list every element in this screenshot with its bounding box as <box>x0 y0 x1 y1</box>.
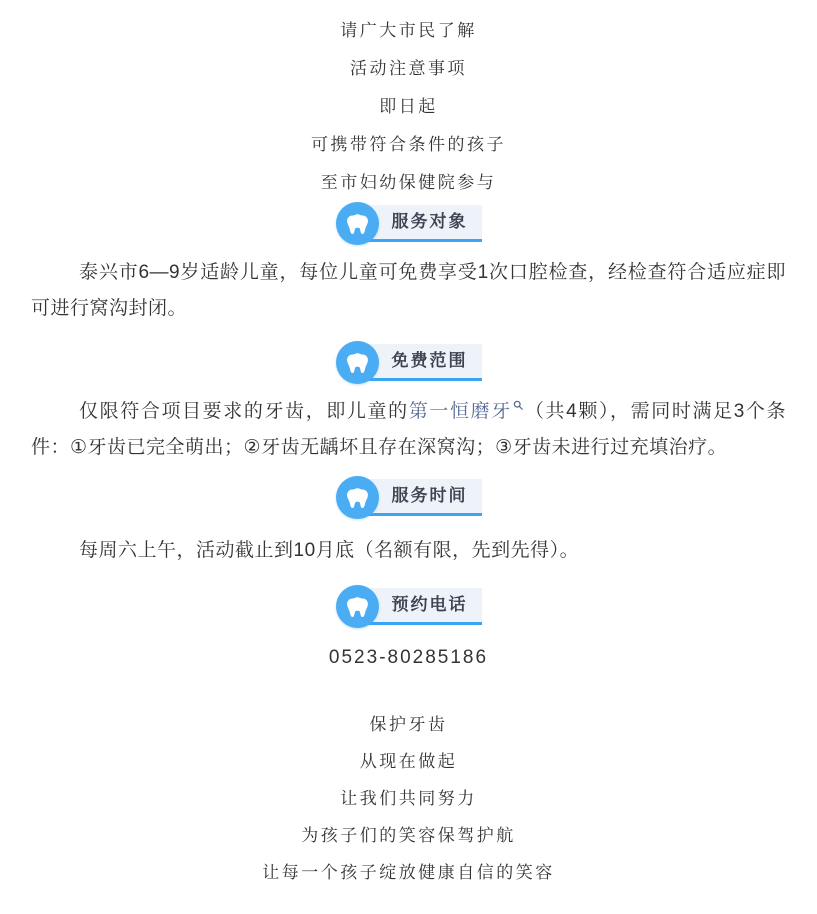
free-scope-text-before: 仅限符合项目要求的牙齿，即儿童的 <box>79 401 409 422</box>
outro-line: 为孩子们的笑容保驾护航 <box>0 817 817 854</box>
free-scope-paragraph: 仅限符合项目要求的牙齿，即儿童的第一恒磨牙（共4颗），需同时满足3个条件：①牙齿… <box>31 394 786 466</box>
intro-line: 可携带符合条件的孩子 <box>0 126 817 164</box>
intro-line: 至市妇幼保健院参与 <box>0 164 817 202</box>
section-badge: 免费范围 <box>336 341 482 384</box>
phone-number: 0523-80285186 <box>0 640 817 676</box>
section-badge: 预约电话 <box>336 585 482 628</box>
tooth-icon <box>336 476 379 519</box>
outro-block: 保护牙齿 从现在做起 让我们共同努力 为孩子们的笑容保驾护航 让每一个孩子绽放健… <box>0 706 817 891</box>
tooth-icon <box>336 341 379 384</box>
section-header-service-time: 服务时间 <box>0 476 817 519</box>
outro-line: 让每一个孩子绽放健康自信的笑容 <box>0 854 817 891</box>
term-link-first-molar[interactable]: 第一恒磨牙 <box>409 401 512 422</box>
search-icon[interactable] <box>513 400 524 411</box>
section-header-service-target: 服务对象 <box>0 202 817 245</box>
section-badge: 服务时间 <box>336 476 482 519</box>
tooth-icon <box>336 202 379 245</box>
outro-line: 保护牙齿 <box>0 706 817 743</box>
service-target-paragraph: 泰兴市6—9岁适龄儿童，每位儿童可免费享受1次口腔检查，经检查符合适应症即可进行… <box>31 255 786 327</box>
outro-line: 从现在做起 <box>0 743 817 780</box>
intro-line: 请广大市民了解 <box>0 12 817 50</box>
article-page: 请广大市民了解 活动注意事项 即日起 可携带符合条件的孩子 至市妇幼保健院参与 … <box>0 0 817 914</box>
section-header-booking-phone: 预约电话 <box>0 585 817 628</box>
intro-line: 即日起 <box>0 88 817 126</box>
section-badge: 服务对象 <box>336 202 482 245</box>
intro-block: 请广大市民了解 活动注意事项 即日起 可携带符合条件的孩子 至市妇幼保健院参与 <box>0 12 817 202</box>
intro-line: 活动注意事项 <box>0 50 817 88</box>
outro-line: 让我们共同努力 <box>0 780 817 817</box>
section-header-free-scope: 免费范围 <box>0 341 817 384</box>
tooth-icon <box>336 585 379 628</box>
service-time-paragraph: 每周六上午，活动截止到10月底（名额有限，先到先得）。 <box>31 533 786 569</box>
